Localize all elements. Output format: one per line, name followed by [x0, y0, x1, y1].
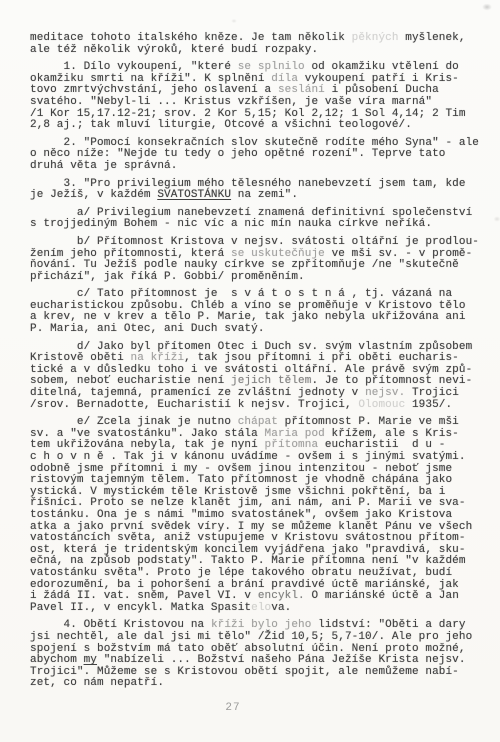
text-line: přichází", jak říká P. Gobbi/ proměněním…: [30, 272, 482, 284]
text-segment: ystická. V mystickém těle Kristově jsme …: [30, 486, 445, 498]
text-line: 2,8 aj.; tak mluví liturgie, Otcové a vš…: [30, 120, 482, 132]
text-segment: Trojici: [405, 387, 459, 399]
text-segment: okamžiku smrti na kříži". K splnění: [30, 73, 271, 85]
paragraph: b/ Přítomnost Kristova v nejsv. svátosti…: [30, 237, 482, 283]
text-segment: atka a jako první svědek víry. I my se m…: [30, 521, 472, 533]
text-segment: 1935/.: [405, 399, 452, 411]
paragraph: d/ Jako byl přítomen Otec i Duch sv. svý…: [30, 342, 482, 412]
text-segment: ristovým tajemným tělem. Tato přítomnost…: [30, 474, 452, 486]
text-segment: c h o v n ě . Tak ji v kánonu uvádíme - …: [30, 451, 466, 463]
text-segment: eucharistii d u -: [318, 439, 445, 451]
faded-text: chápat: [238, 416, 278, 428]
paragraph: a/ Privilegium nanebevzetí znamená defin…: [30, 208, 482, 231]
text-segment: druhá věta je správná.: [30, 160, 177, 172]
faded-text: na kříži: [131, 352, 185, 364]
text-segment: Trojici". Můžeme se s Kristovou obětí sp…: [30, 666, 459, 678]
text-segment: ale též několik výroků, které budí rozpa…: [30, 44, 318, 56]
text-line: P. Maria, ani Otec, ani Duch svatý.: [30, 324, 482, 336]
text-segment: sobem, neboť eucharistie není: [30, 375, 231, 387]
text-segment: 3. "Pro privilegium mého tělesného naneb…: [30, 178, 466, 190]
faded-text: se uskutečňuje: [231, 248, 325, 260]
text-segment: O mariánské úctě a Jan: [305, 590, 459, 602]
text-segment: tovo zmrtvýchvstání, jeho oslavení a: [30, 84, 278, 96]
text-line: je Ježíš, v každém SVATOSTÁNKU na zemi".: [30, 190, 482, 202]
text-line: zet, co nám nepatří.: [30, 678, 482, 690]
text-segment: křížem, ale s Kris-: [325, 428, 459, 440]
text-segment: ve mši sv. - v promě-: [325, 248, 472, 260]
faded-text: encykl.: [258, 590, 305, 602]
text-segment: i žádá II. vat. sněm, Pavel VI. v: [30, 590, 258, 602]
text-segment: vykoupení patří i Kris-: [298, 73, 459, 85]
text-segment: Pavel II., v encykl. Matka Spasit: [30, 602, 251, 614]
faded-text: přítomna: [265, 439, 319, 451]
paragraph: 3. "Pro privilegium mého tělesného naneb…: [30, 179, 482, 202]
text-segment: odobně jsme přítomni i my - ovšem jinou …: [30, 463, 452, 475]
text-line: ale též několik výroků, které budí rozpa…: [30, 45, 482, 57]
text-segment: ňování. Tu Ježíš podle nauky církve se z…: [30, 259, 459, 271]
text-segment: na zemi".: [231, 189, 298, 201]
text-segment: je Ježíš, v každém: [30, 189, 157, 201]
text-segment: myšlenek,: [399, 32, 466, 44]
document-text: meditace tohoto italského kněze. Je tam …: [30, 33, 482, 696]
faded-text: nejsv.: [365, 387, 405, 399]
text-segment: b/ Přítomnost Kristova v nejsv. svátosti…: [30, 236, 479, 248]
text-line: s trojjediným Bohem - nic víc a nic mín …: [30, 219, 482, 231]
text-segment: od okamžiku vtělení do: [305, 61, 459, 73]
faded-text: elo: [251, 602, 271, 614]
paragraph: e/ Zcela jinak je nutno chápat přítomnos…: [30, 417, 482, 614]
text-segment: říšníci. Proto se nelze klanět jim, ani …: [30, 497, 466, 509]
underlined-text: SVATOSTÁNKU: [157, 189, 231, 201]
text-segment: /srov. Bernadotte, Eucharistií k nejsv. …: [30, 399, 358, 411]
text-segment: Kristově oběti: [30, 352, 131, 364]
text-segment: a/ Privilegium nanebevzetí znamená defin…: [30, 207, 472, 219]
faded-text: Olomouc: [358, 399, 405, 411]
faded-text: kříži bylo jeho: [211, 619, 312, 631]
page-number: 27: [0, 702, 466, 714]
faded-text: seslání: [278, 84, 325, 96]
text-segment: "nabízeli ... Božství našeho Pána Ježíše…: [97, 654, 466, 666]
text-segment: . Je to přítomnost nevi-: [311, 375, 472, 387]
text-segment: c/ Tato přítomnost je s v á t o s t n á …: [30, 288, 452, 300]
underlined-text: my: [84, 654, 97, 666]
faded-text: jejich tělem: [231, 375, 311, 387]
text-segment: tem ukřižována nebyla, tak je nyní: [30, 439, 265, 451]
scanned-document-page: meditace tohoto italského kněze. Je tam …: [0, 0, 500, 742]
text-segment: 2. "Pomocí konsekračních slov skutečně r…: [30, 137, 479, 149]
text-segment: a krev, ne v krev a tělo P. Marie, tak j…: [30, 311, 466, 323]
text-segment: , tak jsou přítomni i při oběti eucharis…: [184, 352, 459, 364]
paragraph: meditace tohoto italského kněze. Je tam …: [30, 33, 482, 56]
text-segment: 1. Dílo vykoupení, "které: [30, 61, 238, 73]
text-segment: sv. a "ve svatostánku". Jako stála: [30, 428, 265, 440]
text-segment: tostánku. Ona je s námi "mimo svatostáne…: [30, 509, 452, 521]
text-segment: e/ Zcela jinak je nutno: [30, 416, 238, 428]
text-segment: meditace tohoto italského kněze. Je tam …: [30, 32, 352, 44]
text-segment: 4. Obětí Kristovou na: [30, 619, 211, 631]
text-line: Pavel II., v encykl. Matka Spasitelova.: [30, 603, 482, 615]
text-segment: 2,8 aj.; tak mluví liturgie, Otcové a vš…: [30, 119, 412, 131]
paragraph: 1. Dílo vykoupení, "které se splnilo od …: [30, 62, 482, 132]
text-segment: lidství: "Oběti a dary: [311, 619, 465, 631]
text-segment: vatostáncích světa, aniž vstupujeme v Kr…: [30, 532, 466, 544]
text-segment: edorozumění, ba i pohoršení a brání prav…: [30, 579, 459, 591]
text-segment: vatostánku světa". Proto je lépe takovéh…: [30, 567, 452, 579]
text-segment: /1 Kor 15,17.12-21; srov. 2 Kor 5,15; Ko…: [30, 108, 466, 120]
text-line: druhá věta je správná.: [30, 161, 482, 173]
faded-text: se splnilo: [238, 61, 305, 73]
text-segment: přichází", jak říká P. Gobbi/ proměněním…: [30, 271, 305, 283]
text-line: /srov. Bernadotte, Eucharistií k nejsv. …: [30, 400, 482, 412]
text-segment: ost, která je tridentským koncilem vyjád…: [30, 544, 466, 556]
text-segment: s trojjediným Bohem - nic víc a nic mín …: [30, 218, 432, 230]
faded-text: Maria pod: [265, 428, 325, 440]
text-segment: o něco níže: "Nejde tu tedy o jeho opětn…: [30, 148, 445, 160]
text-segment: ditelná, tajemná, pramenící ze zvláštní …: [30, 387, 365, 399]
text-segment: žením jeho přítomnosti, která: [30, 248, 231, 260]
text-segment: zet, co nám nepatří.: [30, 677, 164, 689]
text-segment: svatého. "Nebyl-li ... Kristus vzkříšen,…: [30, 96, 432, 108]
faded-text: pěkných: [352, 32, 399, 44]
paragraph: 2. "Pomocí konsekračních slov skutečně r…: [30, 138, 482, 173]
text-segment: i působení Ducha: [325, 84, 439, 96]
text-segment: spojení s božstvím má tato oběť absolutn…: [30, 643, 466, 655]
text-segment: d/ Jako byl přítomen Otec i Duch sv. svý…: [30, 341, 472, 353]
text-segment: jsi nechtěl, ale dal jsi mi tělo" /Žid 1…: [30, 631, 472, 643]
paragraph: c/ Tato přítomnost je s v á t o s t n á …: [30, 289, 482, 335]
text-segment: P. Maria, ani Otec, ani Duch svatý.: [30, 323, 265, 335]
text-segment: ečná, na způsob podstaty". Takto P. Mari…: [30, 555, 466, 567]
text-segment: va.: [271, 602, 291, 614]
faded-text: díla: [271, 73, 298, 85]
paragraph: 4. Obětí Kristovou na kříži bylo jeho li…: [30, 620, 482, 690]
text-segment: abychom: [30, 654, 84, 666]
text-segment: přítomnost P. Marie ve mši: [278, 416, 459, 428]
